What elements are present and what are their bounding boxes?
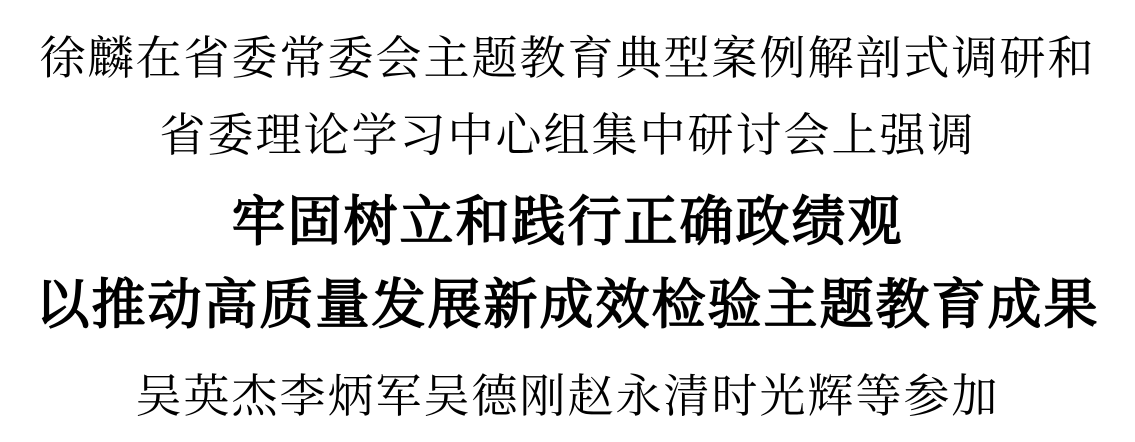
headline-kicker-line-2: 省委理论学习中心组集中研讨会上强调 <box>0 105 1135 165</box>
headline-title-line-2: 以推动高质量发展新成效检验主题教育成果 <box>0 269 1135 339</box>
headline-page: 徐麟在省委常委会主题教育典型案例解剖式调研和 省委理论学习中心组集中研讨会上强调… <box>0 0 1135 442</box>
headline-attendees-line: 吴英杰李炳军吴德刚赵永清时光辉等参加 <box>0 366 1135 426</box>
headline-kicker-line-1: 徐麟在省委常委会主题教育典型案例解剖式调研和 <box>0 28 1135 88</box>
headline-title-line-1: 牢固树立和践行正确政绩观 <box>0 186 1135 256</box>
